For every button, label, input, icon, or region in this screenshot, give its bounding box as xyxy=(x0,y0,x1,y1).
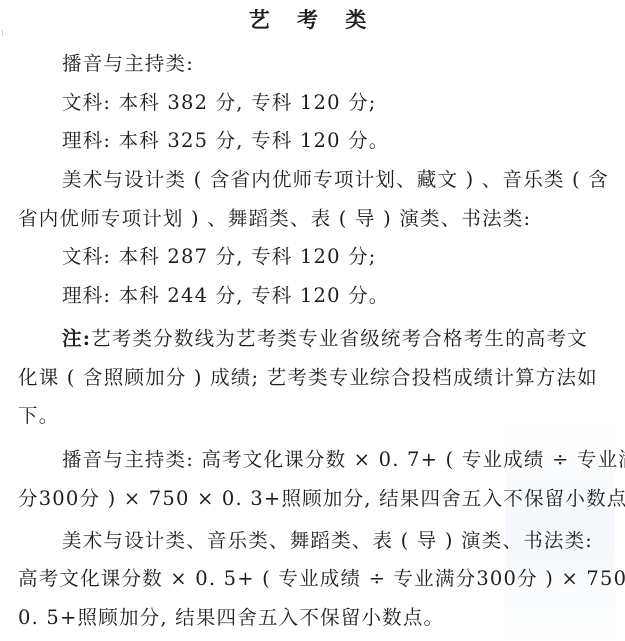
broadcasting-wenke-scores: 文科: 本科 382 分, 专科 120 分; xyxy=(62,91,377,115)
formula-arts-line3: 0. 5+照顾加分, 结果四舍五入不保留小数点。 xyxy=(18,606,444,630)
formula-arts-line2: 高考文化课分数 × 0. 5+ ( 专业成绩 ÷ 专业满分300分 ) × 75… xyxy=(18,567,625,591)
arts-like-scores: 理科: 本科 244 分, 专科 120 分。 xyxy=(62,284,390,308)
formula-arts-line1: 美术与设计类、音乐类、舞蹈类、表 ( 导 ) 演类、书法类: xyxy=(62,529,593,553)
note-line1: 注:艺考类分数线为艺考类专业省级统考合格考生的高考文 xyxy=(62,327,588,351)
broadcasting-like-scores: 理科: 本科 325 分, 专科 120 分。 xyxy=(62,129,390,153)
note-text-1: 艺考类分数线为艺考类专业省级统考合格考生的高考文 xyxy=(91,327,588,350)
note-line3: 下。 xyxy=(18,404,59,428)
note-label: 注: xyxy=(62,327,91,350)
arts-wenke-scores: 文科: 本科 287 分, 专科 120 分; xyxy=(62,245,377,269)
note-line2: 化课 ( 含照顾加分 ) 成绩; 艺考类专业综合投档成绩计算方法如 xyxy=(18,366,598,390)
section-heading-arts-line2: 省内优师专项计划 ) 、舞蹈类、表 ( 导 ) 演类、书法类: xyxy=(18,207,531,231)
section-heading-broadcasting: 播音与主持类: xyxy=(62,52,194,76)
section-heading-arts-line1: 美术与设计类 ( 含省内优师专项计划、藏文 ) 、音乐类 ( 含 xyxy=(62,168,609,192)
document-title: 艺 考 类 xyxy=(0,6,625,34)
formula-broadcasting-line1: 播音与主持类: 高考文化课分数 × 0. 7+ ( 专业成绩 ÷ 专业满 xyxy=(62,448,625,472)
formula-broadcasting-line2: 分300分 ) × 750 × 0. 3+照顾加分, 结果四舍五入不保留小数点。 xyxy=(18,487,625,511)
